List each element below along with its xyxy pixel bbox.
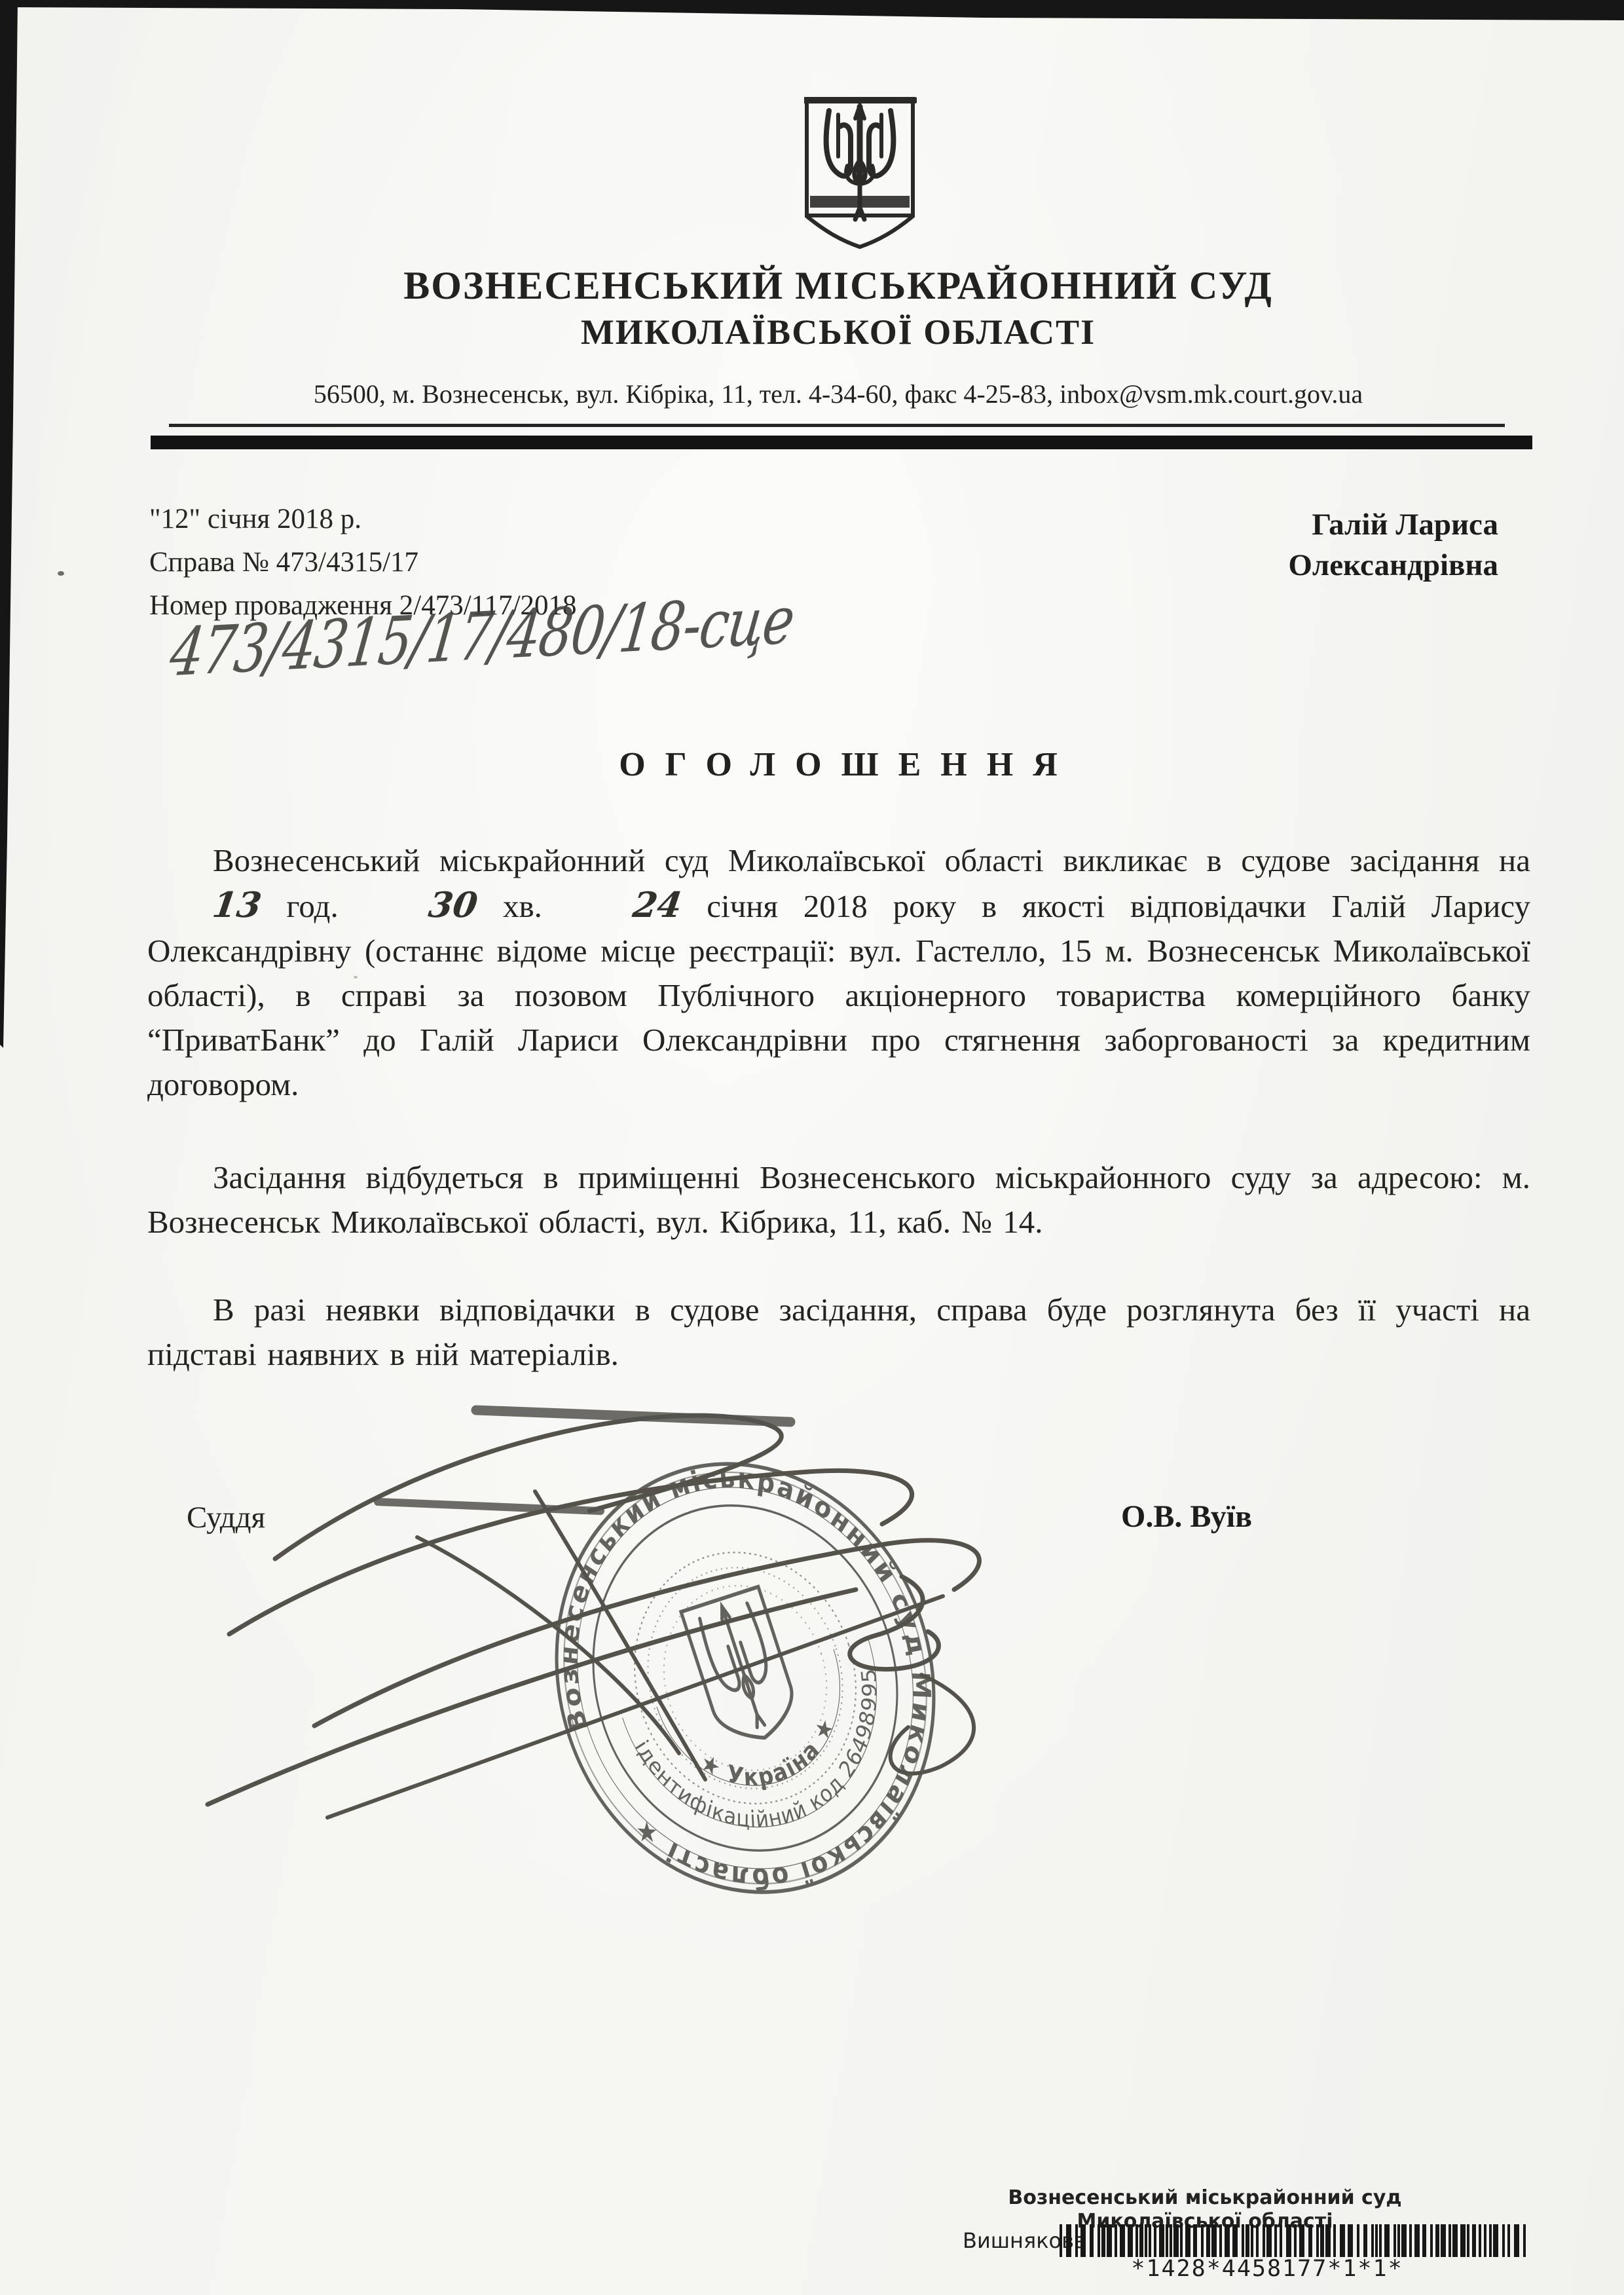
date-line: "12" січня 2018 р. xyxy=(149,498,577,541)
court-round-seal: Вознесенський міськрайонний суд Миколаїв… xyxy=(536,1436,957,1923)
scan-edge-top xyxy=(0,0,1624,22)
paragraph-text: год. xyxy=(261,888,364,924)
header-rule-thin xyxy=(169,424,1505,427)
case-number-line: Справа № 473/4315/17 xyxy=(149,541,577,584)
handwritten-minute: 30 xyxy=(361,883,481,927)
court-name-line1: ВОЗНЕСЕНСЬКИЙ МІСЬКРАЙОННИЙ СУД xyxy=(147,263,1529,308)
paragraph-location: Засідання відбудеться в приміщенні Возне… xyxy=(147,1155,1530,1244)
recipient-name-line2: Олександрівна xyxy=(1288,545,1498,586)
paragraph-absence-warning: В разі неявки відповідачки в судове засі… xyxy=(147,1288,1530,1377)
scanned-court-notice: ВОЗНЕСЕНСЬКИЙ МІСЬКРАЙОННИЙ СУД МИКОЛАЇВ… xyxy=(0,0,1624,2295)
judge-label: Суддя xyxy=(187,1500,265,1535)
seal-trident xyxy=(681,1587,803,1751)
recipient-name-line1: Галій Лариса xyxy=(1288,504,1498,545)
paragraph-summons: Вознесенський міськрайонний суд Миколаїв… xyxy=(147,838,1530,1107)
document-body: Вознесенський міськрайонний суд Миколаїв… xyxy=(147,838,1530,1377)
ukraine-trident-emblem xyxy=(804,96,917,252)
scan-speck xyxy=(58,571,64,576)
paragraph-text: хв. xyxy=(477,888,567,924)
court-address-line: 56500, м. Вознесенськ, вул. Кібріка, 11,… xyxy=(147,379,1529,409)
scan-edge-left xyxy=(0,0,21,1054)
recipient-name-block: Галій Лариса Олександрівна xyxy=(1288,504,1498,586)
barcode xyxy=(1060,2224,1536,2257)
paragraph-text: Вознесенський міськрайонний суд Миколаїв… xyxy=(213,842,1530,878)
header-rule-thick xyxy=(151,436,1532,449)
judge-name: О.В. Вуїв xyxy=(1121,1499,1252,1535)
document-title: ОГОЛОШЕННЯ xyxy=(147,745,1529,784)
barcode-caption: *1428*4458177*1*1* xyxy=(1022,2256,1513,2282)
handwritten-day: 24 xyxy=(564,883,684,927)
court-name-line2: МИКОЛАЇВСЬКОЇ ОБЛАСТІ xyxy=(147,312,1529,352)
footer-court-line1: Вознесенський міськрайонний суд xyxy=(956,2186,1454,2209)
handwritten-hour: 13 xyxy=(144,883,264,927)
